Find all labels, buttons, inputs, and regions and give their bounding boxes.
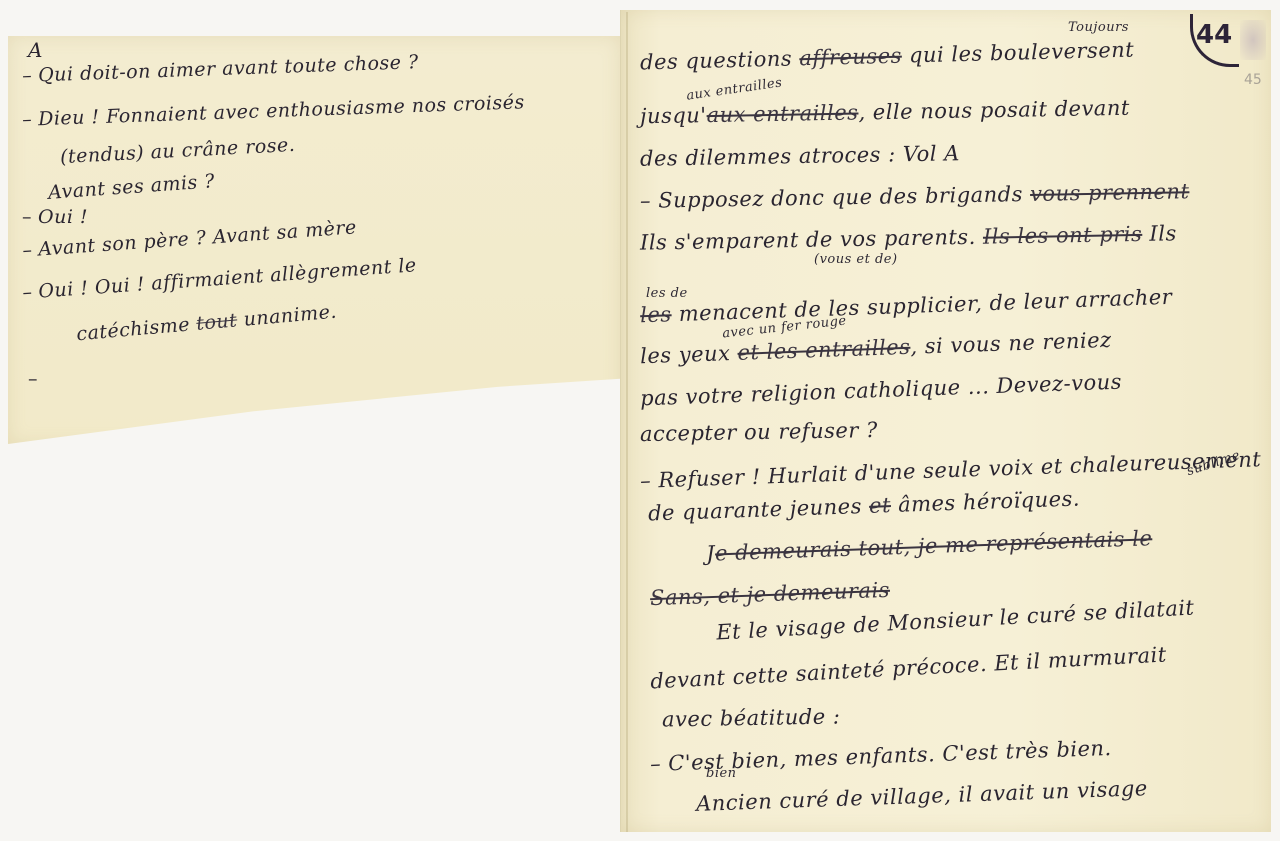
interlinear-insert: les de bbox=[646, 286, 688, 301]
struck-word: tout bbox=[195, 309, 238, 334]
paper-fold-crease bbox=[626, 12, 628, 832]
interlinear-insert: bien bbox=[706, 766, 737, 781]
manuscript-line: –Oui ! bbox=[22, 206, 88, 228]
interlinear-insert: Toujours bbox=[1068, 20, 1129, 35]
page-number: 44 bbox=[1196, 20, 1232, 50]
manuscript-line: – bbox=[28, 368, 44, 390]
ink-smudge bbox=[1240, 20, 1266, 60]
section-marker: A bbox=[28, 38, 43, 62]
pencil-page-number: 45 bbox=[1244, 72, 1262, 88]
interlinear-insert: (vous et de) bbox=[814, 252, 898, 267]
manuscript-line: accepter ou refuser ? bbox=[640, 418, 878, 446]
manuscript-line: avec béatitude : bbox=[662, 704, 841, 731]
